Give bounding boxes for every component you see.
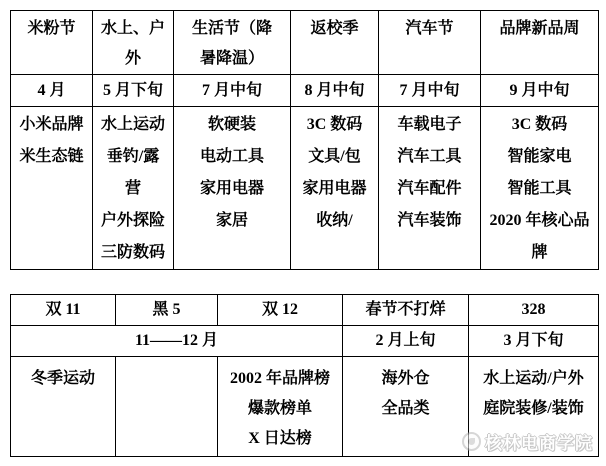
column-header: 生活节（降 暑降温） [174, 11, 291, 75]
date-cell: 7 月中旬 [379, 75, 481, 107]
date-cell: 8 月中旬 [291, 75, 379, 107]
date-cell: 5 月下旬 [93, 75, 174, 107]
table1-header-row: 米粉节 水上、户 外 生活节（降 暑降温） 返校季 汽车节 品牌新品周 [11, 11, 599, 75]
date-cell: 9 月中旬 [481, 75, 599, 107]
table2-header-row: 双 11 黑 5 双 12 春节不打烊 328 [11, 295, 599, 326]
document-page: 米粉节 水上、户 外 生活节（降 暑降温） 返校季 汽车节 品牌新品周 4 月 … [0, 0, 606, 466]
category-cell: 3C 数码 文具/包 家用电器 收纳/ [291, 107, 379, 270]
column-header: 返校季 [291, 11, 379, 75]
watermark: 核林电商学院 [462, 427, 600, 455]
watermark-text: 核林电商学院 [485, 429, 593, 454]
category-cell: 水上运动 垂钓/露 营 户外探险 三防数码 [93, 107, 174, 270]
column-header: 水上、户 外 [93, 11, 174, 75]
column-header: 双 12 [218, 295, 343, 326]
category-cell: 3C 数码 智能家电 智能工具 2020 年核心品 牌 [481, 107, 599, 270]
date-cell: 4 月 [11, 75, 93, 107]
table1-date-row: 4 月 5 月下旬 7 月中旬 8 月中旬 7 月中旬 9 月中旬 [11, 75, 599, 107]
category-cell: 小米品牌 米生态链 [11, 107, 93, 270]
table2-date-row: 11——12 月 2 月上旬 3 月下旬 [11, 326, 599, 357]
date-cell-merged: 11——12 月 [11, 326, 343, 357]
category-cell: 海外仓 全品类 [343, 357, 469, 457]
category-cell: 软硬装 电动工具 家用电器 家居 [174, 107, 291, 270]
column-header: 品牌新品周 [481, 11, 599, 75]
category-cell: 车载电子 汽车工具 汽车配件 汽车装饰 [379, 107, 481, 270]
date-cell: 3 月下旬 [469, 326, 599, 357]
column-header: 黑 5 [116, 295, 218, 326]
academy-logo-icon [462, 432, 481, 451]
column-header: 328 [469, 295, 599, 326]
date-cell: 2 月上旬 [343, 326, 469, 357]
table1-category-row: 小米品牌 米生态链 水上运动 垂钓/露 营 户外探险 三防数码 软硬装 电动工具… [11, 107, 599, 270]
promo-calendar-table-1: 米粉节 水上、户 外 生活节（降 暑降温） 返校季 汽车节 品牌新品周 4 月 … [10, 10, 599, 270]
category-cell [116, 357, 218, 457]
category-cell: 冬季运动 [11, 357, 116, 457]
column-header: 双 11 [11, 295, 116, 326]
column-header: 米粉节 [11, 11, 93, 75]
column-header: 汽车节 [379, 11, 481, 75]
column-header: 春节不打烊 [343, 295, 469, 326]
date-cell: 7 月中旬 [174, 75, 291, 107]
category-cell: 2002 年品牌榜 爆款榜单 X 日达榜 [218, 357, 343, 457]
